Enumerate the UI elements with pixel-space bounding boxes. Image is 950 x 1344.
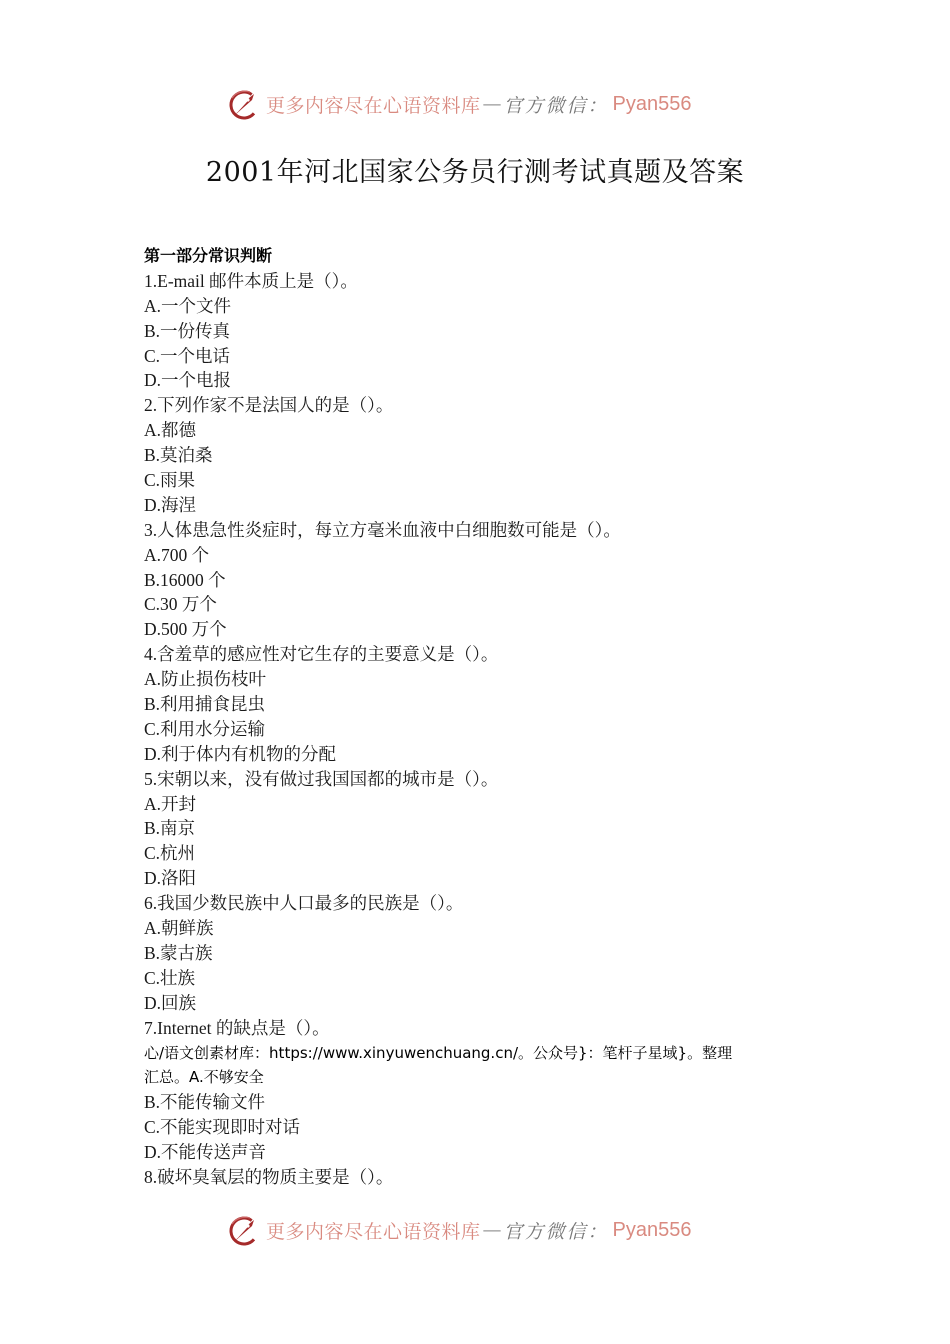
quill-pen-logo-icon	[226, 86, 262, 122]
header-banner: 更多内容尽在心语资料库 — 官方微信： Pyan556	[226, 84, 726, 124]
question-5: 5.宋朝以来，没有做过我国国都的城市是（）。 A.开封 B.南京 C.杭州 D.…	[144, 767, 824, 891]
wechat-id: Pyan556	[613, 1219, 692, 1242]
option-c: C.壮族	[144, 966, 824, 991]
question-stem: 4.含羞草的感应性对它生存的主要意义是（）。	[144, 642, 824, 667]
option-a: A.700 个	[144, 543, 824, 568]
option-d: D.回族	[144, 991, 824, 1016]
source-notice-line: 心/语文创素材库：https://www.xinyuwenchuang.cn/。…	[144, 1041, 824, 1066]
footer-banner: 更多内容尽在心语资料库 — 官方微信： Pyan556	[226, 1210, 726, 1250]
option-b: B.利用捕食昆虫	[144, 692, 824, 717]
wechat-id: Pyan556	[613, 93, 692, 116]
question-4: 4.含羞草的感应性对它生存的主要意义是（）。 A.防止损伤枝叶 B.利用捕食昆虫…	[144, 642, 824, 766]
document-body: 第一部分常识判断 1.E-mail 邮件本质上是（）。 A.一个文件 B.一份传…	[144, 244, 824, 1190]
option-a: A.都德	[144, 418, 824, 443]
option-a: A.开封	[144, 792, 824, 817]
promo-text: 更多内容尽在心语资料库	[266, 91, 481, 118]
option-d: D.500 万个	[144, 617, 824, 642]
question-7: 7.Internet 的缺点是（）。 心/语文创素材库：https://www.…	[144, 1016, 824, 1165]
quill-pen-logo-icon	[226, 1212, 262, 1248]
option-a: A.防止损伤枝叶	[144, 667, 824, 692]
source-notice-line-with-option-a: 汇总。A.不够安全	[144, 1065, 824, 1090]
wechat-label: 官方微信：	[504, 91, 609, 118]
wechat-label: 官方微信：	[504, 1217, 609, 1244]
option-d: D.利于体内有机物的分配	[144, 742, 824, 767]
option-b: B.16000 个	[144, 568, 824, 593]
option-c: C.杭州	[144, 841, 824, 866]
option-b: B.南京	[144, 816, 824, 841]
question-1: 1.E-mail 邮件本质上是（）。 A.一个文件 B.一份传真 C.一个电话 …	[144, 269, 824, 393]
promo-text: 更多内容尽在心语资料库	[266, 1217, 481, 1244]
option-b: B.莫泊桑	[144, 443, 824, 468]
option-b: B.不能传输文件	[144, 1090, 824, 1115]
option-c: C.雨果	[144, 468, 824, 493]
question-3: 3.人体患急性炎症时，每立方毫米血液中白细胞数可能是（）。 A.700 个 B.…	[144, 518, 824, 642]
option-b: B.蒙古族	[144, 941, 824, 966]
question-stem: 6.我国少数民族中人口最多的民族是（）。	[144, 891, 824, 916]
option-a: A.一个文件	[144, 294, 824, 319]
question-6: 6.我国少数民族中人口最多的民族是（）。 A.朝鲜族 B.蒙古族 C.壮族 D.…	[144, 891, 824, 1015]
option-c: C.不能实现即时对话	[144, 1115, 824, 1140]
option-d: D.洛阳	[144, 866, 824, 891]
option-d: D.不能传送声音	[144, 1140, 824, 1165]
option-c: C.30 万个	[144, 592, 824, 617]
question-stem: 1.E-mail 邮件本质上是（）。	[144, 269, 824, 294]
document-title: 2001年河北国家公务员行测考试真题及答案	[0, 150, 950, 189]
option-a: A.朝鲜族	[144, 916, 824, 941]
option-c: C.利用水分运输	[144, 717, 824, 742]
option-d: D.一个电报	[144, 368, 824, 393]
question-2: 2.下列作家不是法国人的是（）。 A.都德 B.莫泊桑 C.雨果 D.海涅	[144, 393, 824, 517]
question-stem: 5.宋朝以来，没有做过我国国都的城市是（）。	[144, 767, 824, 792]
banner-dash: —	[483, 1219, 502, 1241]
question-stem: 7.Internet 的缺点是（）。	[144, 1016, 824, 1041]
option-c: C.一个电话	[144, 344, 824, 369]
question-stem: 8.破坏臭氧层的物质主要是（）。	[144, 1165, 824, 1190]
option-d: D.海涅	[144, 493, 824, 518]
option-b: B.一份传真	[144, 319, 824, 344]
section-heading: 第一部分常识判断	[144, 244, 824, 269]
question-stem: 2.下列作家不是法国人的是（）。	[144, 393, 824, 418]
question-stem: 3.人体患急性炎症时，每立方毫米血液中白细胞数可能是（）。	[144, 518, 824, 543]
banner-dash: —	[483, 93, 502, 115]
question-8: 8.破坏臭氧层的物质主要是（）。	[144, 1165, 824, 1190]
